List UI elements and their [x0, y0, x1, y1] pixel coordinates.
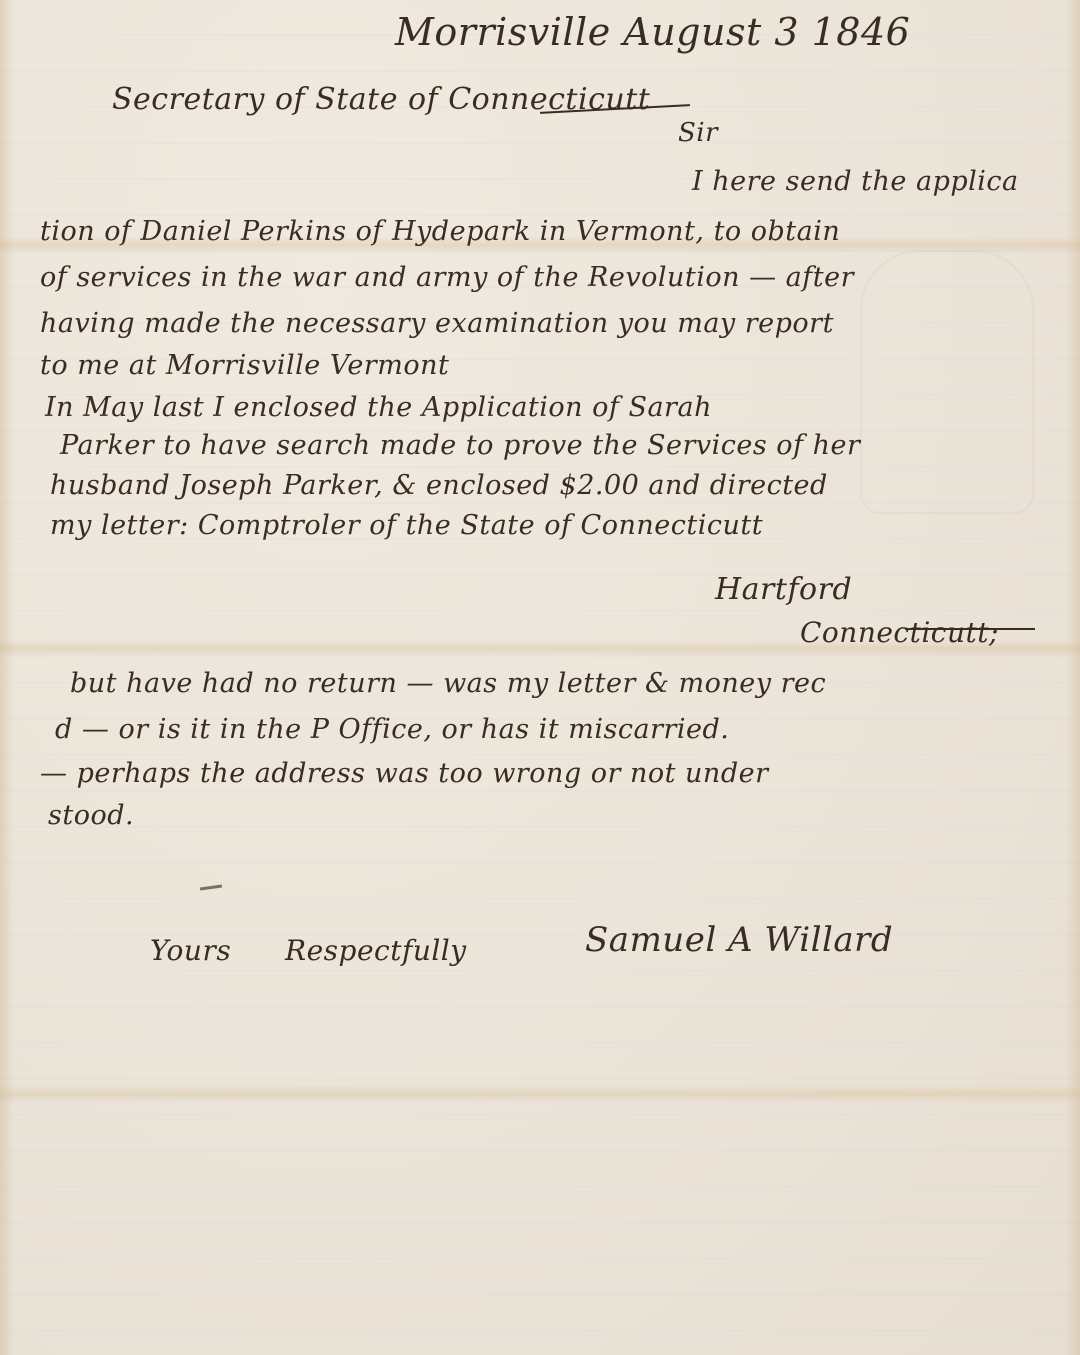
signature: Samuel A Willard: [585, 920, 893, 960]
body-line: In May last I enclosed the Application o…: [45, 392, 712, 423]
body-line: I here send the applica: [692, 166, 1019, 197]
body-line: to me at Morrisville Vermont: [40, 350, 449, 381]
ink-mark: [200, 884, 222, 890]
valediction: Respectfully: [285, 934, 467, 967]
letter-sheet: Morrisville August 3 1846 Secretary of S…: [0, 0, 1080, 1355]
body-line: tion of Daniel Perkins of Hydepark in Ve…: [40, 216, 840, 247]
body-line: husband Joseph Parker, & enclosed $2.00 …: [50, 470, 828, 501]
body-line: — perhaps the address was too wrong or n…: [40, 758, 769, 789]
fold-crease: [0, 1085, 1080, 1103]
underline: [905, 628, 1035, 630]
body-line: d — or is it in the P Office, or has it …: [55, 714, 729, 745]
body-line: of services in the war and army of the R…: [40, 262, 854, 293]
salutation: Sir: [678, 118, 718, 148]
body-line: stood.: [48, 800, 134, 831]
body-line: Parker to have search made to prove the …: [60, 430, 860, 461]
body-line: having made the necessary examination yo…: [40, 308, 834, 339]
body-line: but have had no return — was my letter &…: [70, 668, 826, 699]
paper-watermark: [860, 250, 1034, 514]
address-state: Connecticutt;: [800, 616, 999, 649]
valediction: Yours: [150, 934, 231, 967]
dateline: Morrisville August 3 1846: [395, 10, 910, 54]
address-city: Hartford: [715, 572, 852, 607]
body-line: my letter: Comptroler of the State of Co…: [50, 510, 763, 541]
